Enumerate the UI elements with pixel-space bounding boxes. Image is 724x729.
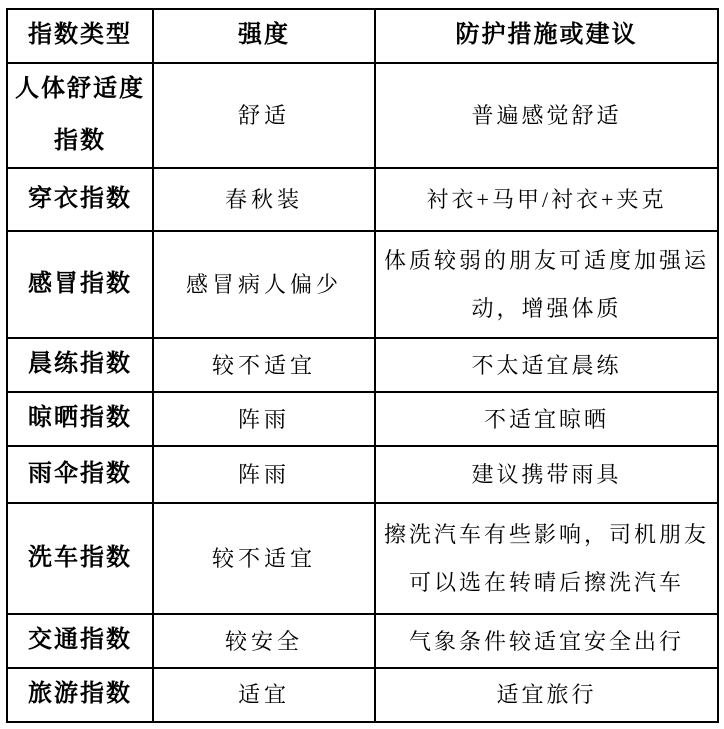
- header-row: 指数类型 强度 防护措施或建议: [7, 9, 718, 63]
- cell-index-type: 人体舒适度 指数: [7, 63, 153, 168]
- cell-strength: 春秋装: [153, 168, 375, 231]
- header-index-type: 指数类型: [7, 9, 153, 63]
- cell-advice: 不适宜晾晒: [375, 392, 718, 446]
- cell-index-type: 交通指数: [7, 614, 153, 668]
- cell-advice: 擦洗汽车有些影响，司机朋友 可以选在转晴后擦洗汽车: [375, 503, 718, 614]
- cell-advice: 不太适宜晨练: [375, 338, 718, 392]
- cell-strength: 阵雨: [153, 392, 375, 446]
- cell-strength: 阵雨: [153, 446, 375, 503]
- cell-index-type: 晾晒指数: [7, 392, 153, 446]
- cell-strength: 较不适宜: [153, 338, 375, 392]
- cell-index-type: 感冒指数: [7, 231, 153, 338]
- cell-index-type: 穿衣指数: [7, 168, 153, 231]
- table-row: 洗车指数 较不适宜 擦洗汽车有些影响，司机朋友 可以选在转晴后擦洗汽车: [7, 503, 718, 614]
- cell-advice: 适宜旅行: [375, 668, 718, 722]
- table-row: 人体舒适度 指数 舒适 普遍感觉舒适: [7, 63, 718, 168]
- cell-strength: 较不适宜: [153, 503, 375, 614]
- header-strength: 强度: [153, 9, 375, 63]
- table-row: 感冒指数 感冒病人偏少 体质较弱的朋友可适度加强运 动，增强体质: [7, 231, 718, 338]
- cell-index-type: 旅游指数: [7, 668, 153, 722]
- cell-advice: 体质较弱的朋友可适度加强运 动，增强体质: [375, 231, 718, 338]
- table-row: 旅游指数 适宜 适宜旅行: [7, 668, 718, 722]
- cell-strength: 适宜: [153, 668, 375, 722]
- cell-strength: 舒适: [153, 63, 375, 168]
- table-row: 雨伞指数 阵雨 建议携带雨具: [7, 446, 718, 503]
- table-row: 穿衣指数 春秋装 衬衣+马甲/衬衣+夹克: [7, 168, 718, 231]
- cell-index-type: 雨伞指数: [7, 446, 153, 503]
- cell-strength: 较安全: [153, 614, 375, 668]
- table-row: 交通指数 较安全 气象条件较适宜安全出行: [7, 614, 718, 668]
- cell-index-type: 洗车指数: [7, 503, 153, 614]
- table-row: 晨练指数 较不适宜 不太适宜晨练: [7, 338, 718, 392]
- cell-advice: 普遍感觉舒适: [375, 63, 718, 168]
- cell-advice: 气象条件较适宜安全出行: [375, 614, 718, 668]
- cell-index-type: 晨练指数: [7, 338, 153, 392]
- cell-advice: 衬衣+马甲/衬衣+夹克: [375, 168, 718, 231]
- header-advice: 防护措施或建议: [375, 9, 718, 63]
- cell-strength: 感冒病人偏少: [153, 231, 375, 338]
- weather-index-table: 指数类型 强度 防护措施或建议 人体舒适度 指数 舒适 普遍感觉舒适 穿衣指数 …: [6, 8, 719, 723]
- cell-advice: 建议携带雨具: [375, 446, 718, 503]
- table-row: 晾晒指数 阵雨 不适宜晾晒: [7, 392, 718, 446]
